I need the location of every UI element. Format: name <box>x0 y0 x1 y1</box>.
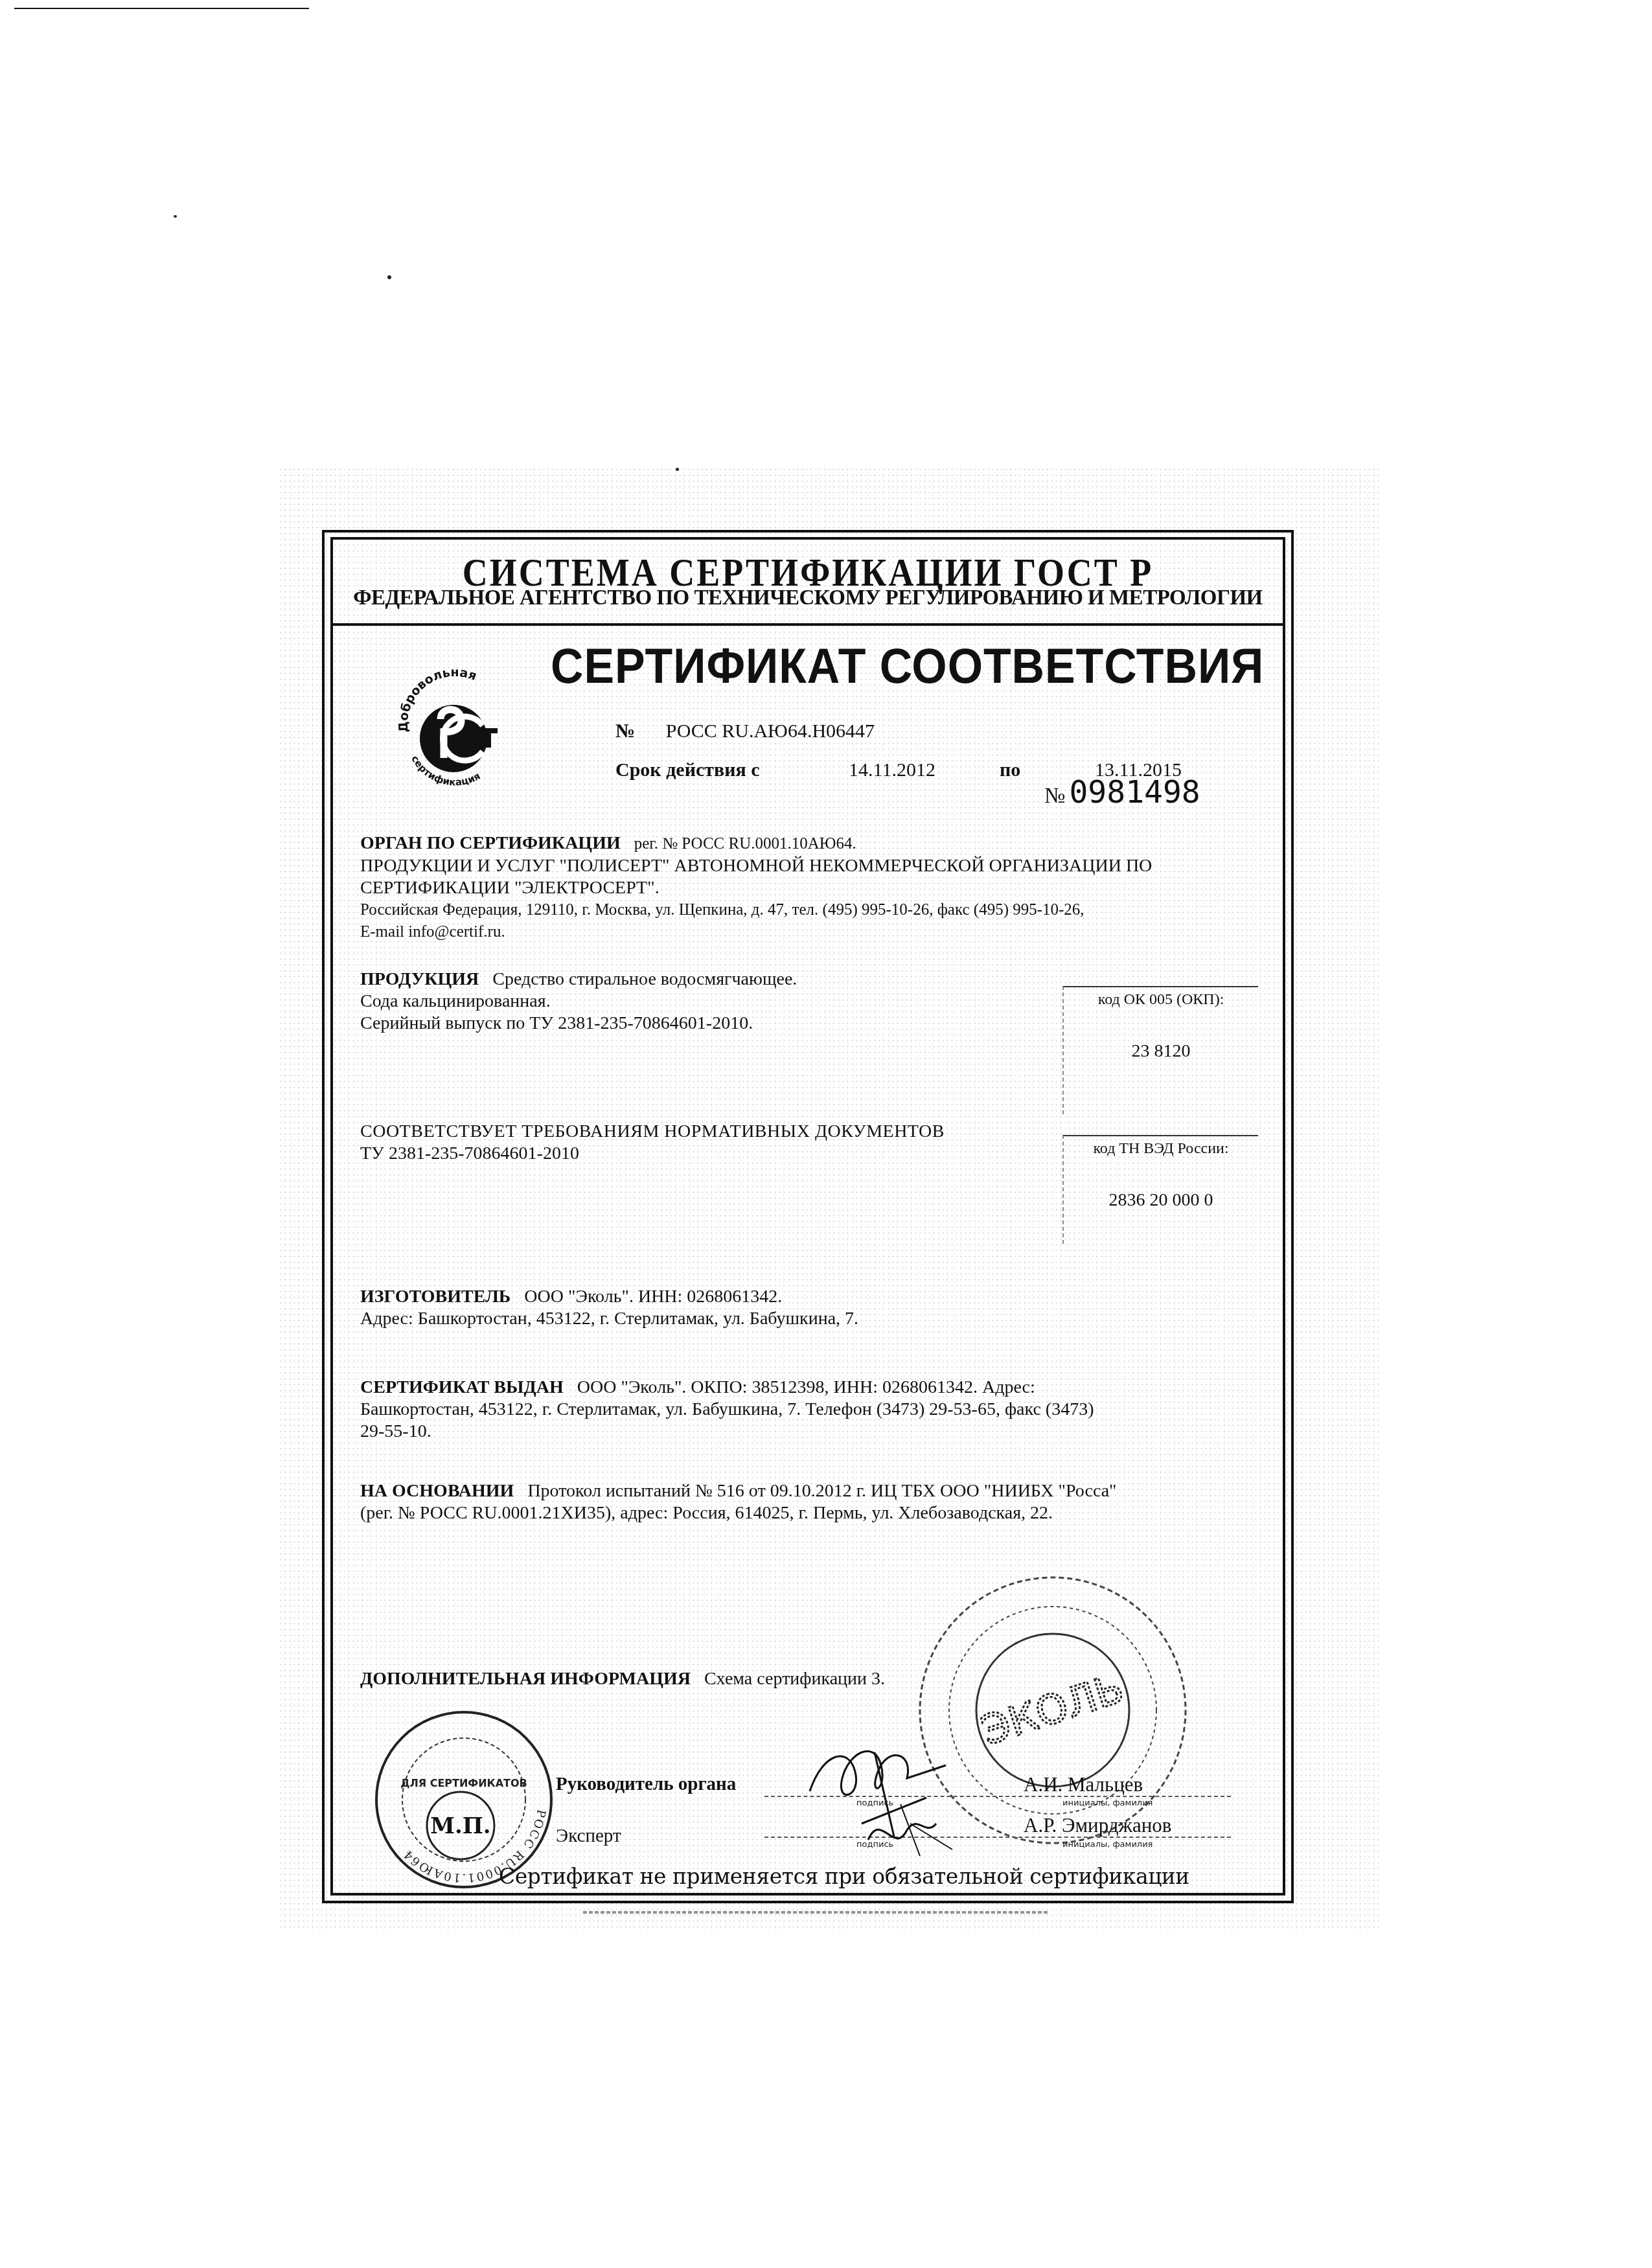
certification-body-email: E-mail info@certif.ru. <box>360 921 1267 943</box>
manufacturer-section: ИЗГОТОВИТЕЛЬ ООО "Эколь". ИНН: 026806134… <box>360 1286 1267 1330</box>
company-stamp-center-text: ЭКОЛЬ <box>976 1664 1129 1754</box>
valid-from-date: 14.11.2012 <box>849 759 935 781</box>
issued-to-section: СЕРТИФИКАТ ВЫДАН ООО "Эколь". ОКПО: 3851… <box>360 1377 1202 1443</box>
scan-speck <box>387 275 391 279</box>
blank-number-mark: № <box>1044 784 1065 808</box>
manufacturer-value: ООО "Эколь". ИНН: 0268061342. <box>524 1287 782 1307</box>
blank-number-value: 0981498 <box>1069 774 1200 810</box>
expert-name: А.Р. Эмирджанов <box>1024 1814 1171 1837</box>
issued-to-line-2: Башкортостан, 453122, г. Стерлитамак, ул… <box>360 1399 1202 1421</box>
okp-code-label: код ОК 005 (ОКП): <box>1098 991 1224 1008</box>
certification-body-name-line1: ПРОДУКЦИИ И УСЛУГ "ПОЛИСЕРТ" АВТОНОМНОЙ … <box>360 855 1267 877</box>
okp-code-box: код ОК 005 (ОКП): 23 8120 <box>1062 986 1258 1114</box>
product-line-1: Средство стиральное водосмягчающее. <box>492 969 797 989</box>
basis-line-1: Протокол испытаний № 516 от 09.10.2012 г… <box>527 1481 1116 1501</box>
product-line-3: Серийный выпуск по ТУ 2381-235-70864601-… <box>360 1013 904 1035</box>
tnved-code-box: код ТН ВЭД России: 2836 20 000 0 <box>1062 1135 1258 1244</box>
additional-info-value: Схема сертификации 3. <box>704 1669 885 1689</box>
number-mark: № <box>615 720 635 742</box>
conformity-label: СООТВЕТСТВУЕТ ТРЕБОВАНИЯМ НОРМАТИВНЫХ ДО… <box>360 1121 1064 1143</box>
expert-label: Эксперт <box>556 1826 621 1847</box>
agency-title: ФЕДЕРАЛЬНОЕ АГЕНТСТВО ПО ТЕХНИЧЕСКОМУ РЕ… <box>330 586 1285 610</box>
basis-section: НА ОСНОВАНИИ Протокол испытаний № 516 от… <box>360 1480 1267 1524</box>
certification-body-reg: рег. № РОСС RU.0001.10АЮ64. <box>634 835 856 853</box>
tnved-code-value: 2836 20 000 0 <box>1064 1190 1258 1211</box>
conformity-section: СООТВЕТСТВУЕТ ТРЕБОВАНИЯМ НОРМАТИВНЫХ ДО… <box>360 1121 1073 1165</box>
certification-body-address: Российская Федерация, 129110, г. Москва,… <box>360 899 1267 921</box>
blank-serial-number: №0981498 <box>1044 774 1200 810</box>
header-divider <box>330 623 1285 626</box>
expert-name-caption: инициалы, фамилия <box>1062 1840 1153 1850</box>
product-section: ПРОДУКЦИЯ Средство стиральное водосмягча… <box>360 968 904 1035</box>
top-page-rule <box>14 8 309 9</box>
printer-imprint-line <box>583 1911 1050 1914</box>
body-stamp-center-text: М.П. <box>430 1813 490 1839</box>
tnved-code-label: код ТН ВЭД России: <box>1093 1140 1228 1157</box>
manufacturer-label: ИЗГОТОВИТЕЛЬ <box>360 1287 511 1307</box>
certification-body-section: ОРГАН ПО СЕРТИФИКАЦИИ рег. № РОСС RU.000… <box>360 832 1267 943</box>
basis-label: НА ОСНОВАНИИ <box>360 1481 514 1501</box>
product-line-2: Сода кальцинированная. <box>360 991 904 1013</box>
certificate-title: СЕРТИФИКАТ СООТВЕТСТВИЯ <box>551 638 1264 694</box>
certification-body-name-line2: СЕРТИФИКАЦИИ "ЭЛЕКТРОСЕРТ". <box>360 877 1267 899</box>
voluntary-disclaimer: Сертификат не применяется при обязательн… <box>499 1864 1189 1889</box>
okp-code-value: 23 8120 <box>1064 1041 1258 1062</box>
head-of-body-label: Руководитель органа <box>556 1774 736 1795</box>
issued-to-line-1: ООО "Эколь". ОКПО: 38512398, ИНН: 026806… <box>577 1377 1035 1397</box>
rst-logo-icon: Добровольная сертификация <box>389 661 518 790</box>
body-stamp-inner-text: ДЛЯ СЕРТИФИКАТОВ <box>400 1777 527 1789</box>
issued-to-line-3: 29-55-10. <box>360 1421 1202 1443</box>
certificate-number-value: РОСС RU.АЮ64.Н06447 <box>666 720 875 742</box>
basis-line-2: (рег. № РОСС RU.0001.21ХИ35), адрес: Рос… <box>360 1502 1267 1524</box>
certification-body-label: ОРГАН ПО СЕРТИФИКАЦИИ <box>360 833 621 853</box>
handwritten-signatures-icon <box>797 1726 978 1862</box>
valid-to-label: по <box>1000 759 1020 781</box>
validity-period: Срок действия с 14.11.2012 по 13.11.2015 <box>615 759 760 781</box>
manufacturer-address: Адрес: Башкортостан, 453122, г. Стерлита… <box>360 1308 1267 1330</box>
scan-speck <box>174 215 177 218</box>
certificate-number: № РОСС RU.АЮ64.Н06447 <box>615 720 875 742</box>
product-label: ПРОДУКЦИЯ <box>360 969 479 989</box>
additional-info-label: ДОПОЛНИТЕЛЬНАЯ ИНФОРМАЦИЯ <box>360 1669 691 1689</box>
head-of-body-name: А.И. Мальцев <box>1024 1773 1143 1796</box>
issued-to-label: СЕРТИФИКАТ ВЫДАН <box>360 1377 564 1397</box>
conformity-document: ТУ 2381-235-70864601-2010 <box>360 1143 1073 1165</box>
head-name-caption: инициалы, фамилия <box>1062 1798 1153 1808</box>
validity-label: Срок действия с <box>615 759 760 781</box>
